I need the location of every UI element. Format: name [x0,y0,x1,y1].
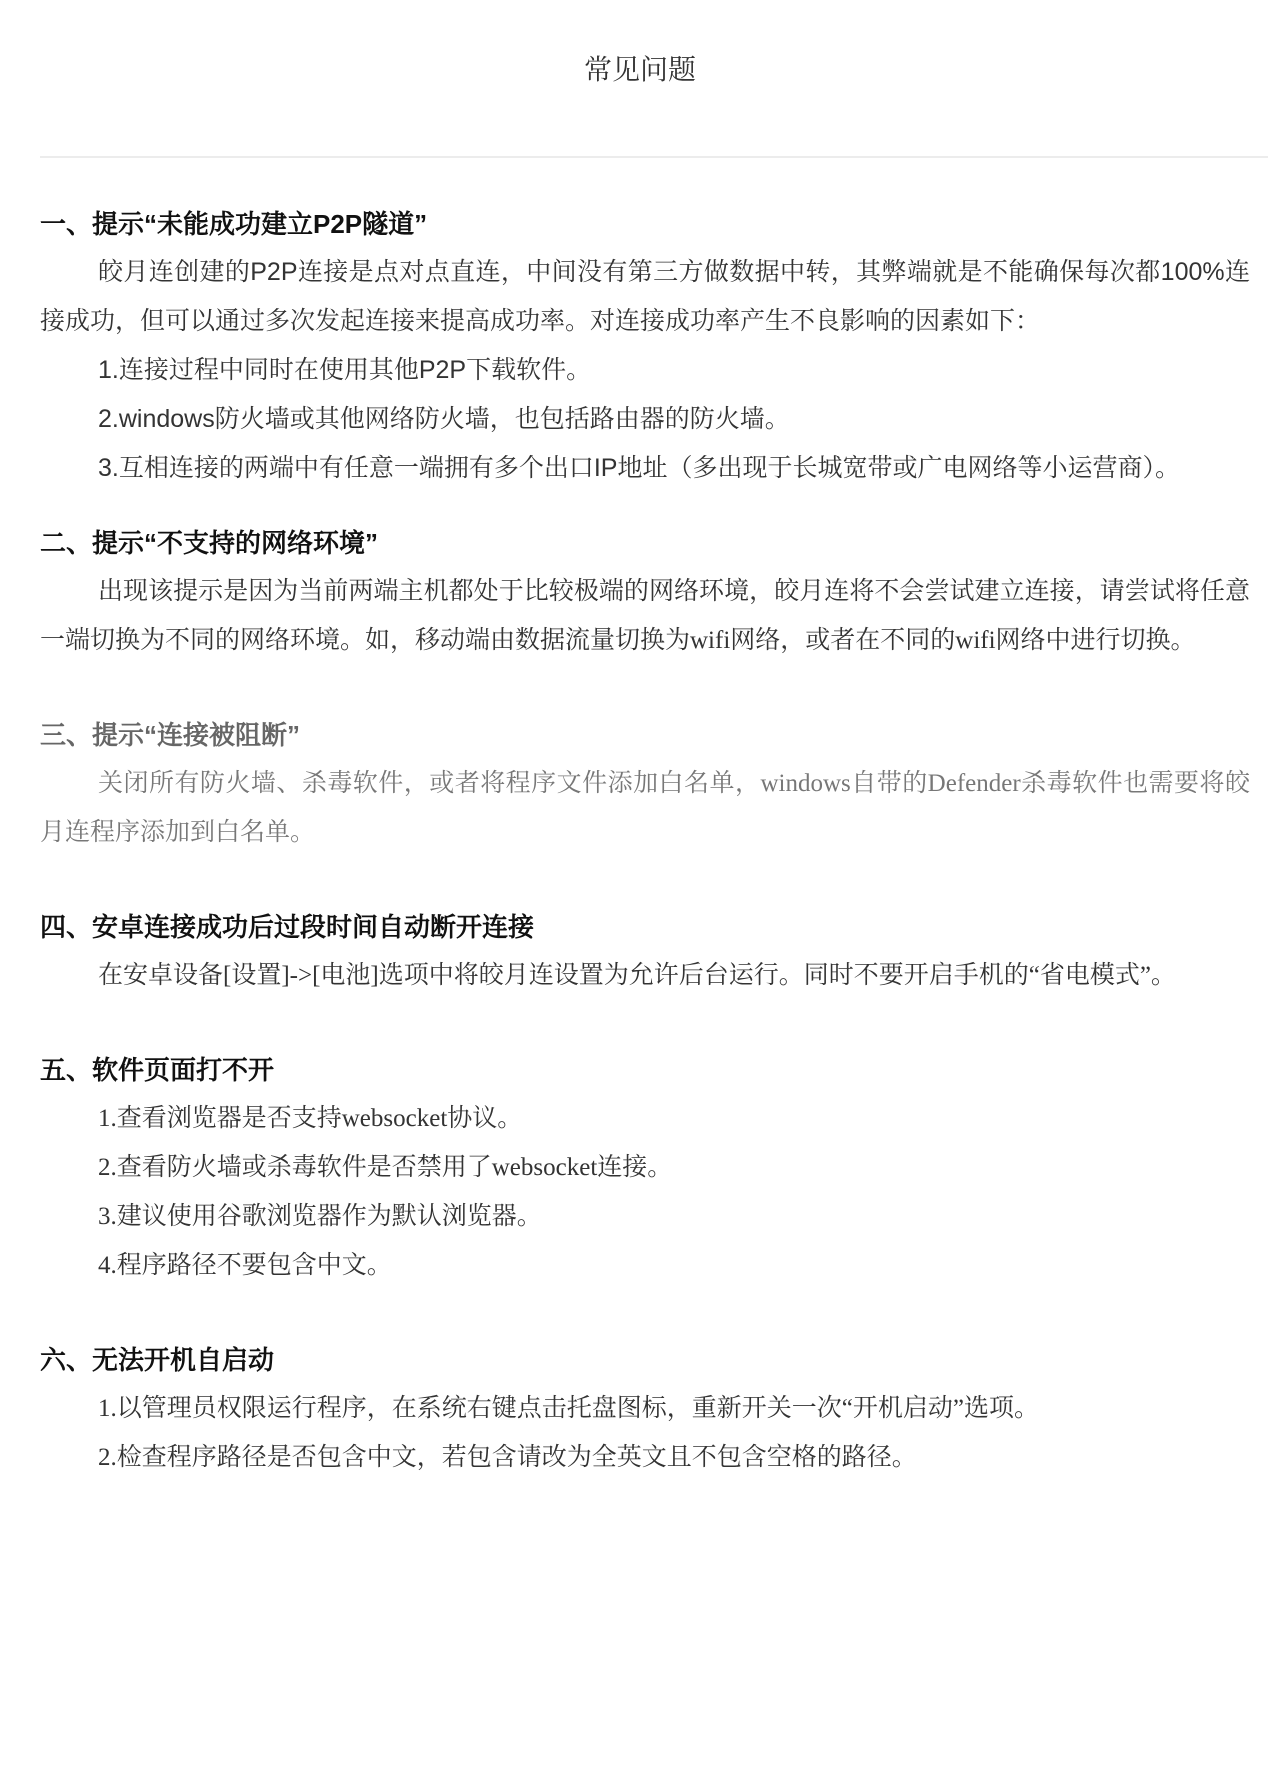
list-item: 1.查看浏览器是否支持websocket协议。 [40,1094,1250,1143]
title-divider [40,156,1268,158]
section-heading: 一、提示“未能成功建立P2P隧道” [40,200,1250,248]
faq-section-p2p-tunnel: 一、提示“未能成功建立P2P隧道” 皎月连创建的P2P连接是点对点直连，中间没有… [40,200,1250,493]
list-item: 3.互相连接的两端中有任意一端拥有多个出口IP地址（多出现于长城宽带或广电网络等… [40,444,1250,493]
list-item: 3.建议使用谷歌浏览器作为默认浏览器。 [40,1192,1250,1241]
section-heading: 五、软件页面打不开 [40,1046,1250,1094]
list-item: 1.连接过程中同时在使用其他P2P下载软件。 [40,346,1250,395]
page-title: 常见问题 [0,52,1280,88]
list-item: 2.查看防火墙或杀毒软件是否禁用了websocket连接。 [40,1143,1250,1192]
section-paragraph: 出现该提示是因为当前两端主机都处于比较极端的网络环境，皎月连将不会尝试建立连接，… [40,567,1250,665]
faq-section-autostart: 六、无法开机自启动 1.以管理员权限运行程序，在系统右键点击托盘图标，重新开关一… [40,1336,1250,1482]
faq-section-android-disconnect: 四、安卓连接成功后过段时间自动断开连接 在安卓设备[设置]->[电池]选项中将皎… [40,903,1250,1000]
faq-section-connection-blocked: 三、提示“连接被阻断” 关闭所有防火墙、杀毒软件，或者将程序文件添加白名单，wi… [40,711,1250,857]
faq-section-page-not-open: 五、软件页面打不开 1.查看浏览器是否支持websocket协议。 2.查看防火… [40,1046,1250,1290]
faq-content: 一、提示“未能成功建立P2P隧道” 皎月连创建的P2P连接是点对点直连，中间没有… [40,200,1250,1482]
section-paragraph: 在安卓设备[设置]->[电池]选项中将皎月连设置为允许后台运行。同时不要开启手机… [40,951,1250,1000]
section-heading: 二、提示“不支持的网络环境” [40,519,1250,567]
section-heading: 三、提示“连接被阻断” [40,711,1250,759]
section-heading: 四、安卓连接成功后过段时间自动断开连接 [40,903,1250,951]
list-item: 2.检查程序路径是否包含中文，若包含请改为全英文且不包含空格的路径。 [40,1433,1250,1482]
faq-section-unsupported-network: 二、提示“不支持的网络环境” 出现该提示是因为当前两端主机都处于比较极端的网络环… [40,519,1250,665]
section-paragraph: 关闭所有防火墙、杀毒软件，或者将程序文件添加白名单，windows自带的Defe… [40,759,1250,857]
list-item: 2.windows防火墙或其他网络防火墙，也包括路由器的防火墙。 [40,395,1250,444]
section-heading: 六、无法开机自启动 [40,1336,1250,1384]
list-item: 4.程序路径不要包含中文。 [40,1241,1250,1290]
list-item: 1.以管理员权限运行程序，在系统右键点击托盘图标，重新开关一次“开机启动”选项。 [40,1384,1250,1433]
section-paragraph: 皎月连创建的P2P连接是点对点直连，中间没有第三方做数据中转，其弊端就是不能确保… [40,248,1250,346]
